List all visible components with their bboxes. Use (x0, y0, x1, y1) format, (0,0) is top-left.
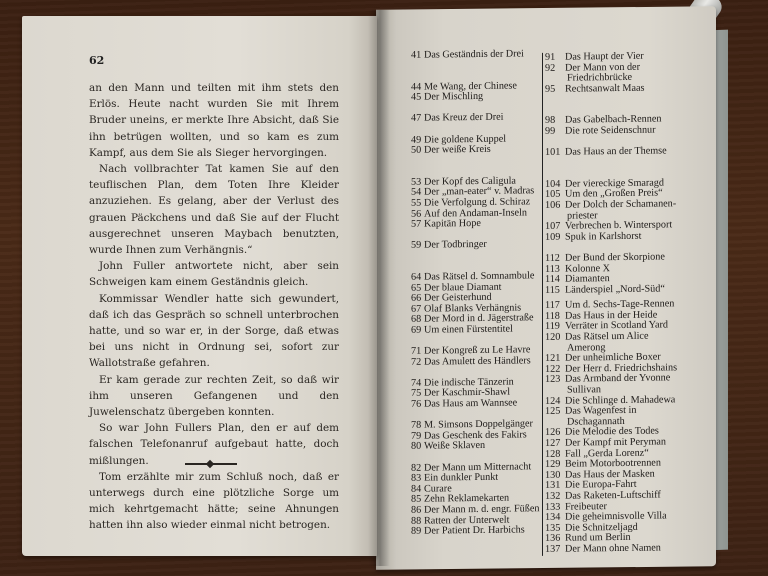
item-title: Der weiße Kreis (424, 144, 491, 156)
item-title: Der Todbringer (424, 239, 487, 251)
item-number: 137 (545, 545, 565, 556)
paragraph: Nach vollbrachter Tat kamen Sie auf den … (89, 161, 339, 258)
list-item: 72 Das Amulett des Händlers (411, 356, 541, 368)
item-number: 92 (545, 63, 565, 74)
list-item: 89 Der Patient Dr. Harbichs (411, 525, 541, 537)
item-title: Das Haus am Wannsee (424, 398, 517, 410)
item-title: Das Haus an der Themse (565, 146, 667, 158)
item-number: 106 (545, 201, 565, 212)
item-number: 76 (411, 400, 424, 411)
paragraph: Kommissar Wendler hatte sich gewundert, … (89, 291, 339, 372)
paragraph: John Fuller antwortete nicht, aber sein … (89, 258, 339, 290)
item-title: Das Armband der Yvonne (565, 373, 670, 385)
item-title: Spuk in Karlshorst (565, 230, 641, 242)
paragraph: So war John Fullers Plan, den er auf dem… (89, 420, 339, 469)
item-number: 64 (411, 273, 424, 284)
item-title: Der Bund der Skorpione (565, 251, 665, 263)
item-title: Ein dunkler Punkt (424, 472, 498, 484)
item-title: Kapitän Hope (424, 218, 481, 230)
title-list-column-a: 41 Das Geständnis der Drei44 Me Wang, de… (411, 49, 541, 537)
item-number: 101 (545, 148, 565, 159)
end-ornament (185, 463, 237, 465)
item-title: Der Patient Dr. Harbichs (424, 525, 525, 537)
item-number: 80 (411, 442, 424, 453)
item-title: Der Dolch der Schamanen- (565, 198, 676, 210)
item-number: 120 (545, 333, 565, 344)
title-list-column-b: 91 Das Haupt der Vier92 Der Mann von der… (542, 51, 695, 555)
item-number: 59 (411, 241, 424, 252)
item-title: Länderspiel „Nord-Süd“ (565, 283, 665, 295)
item-title: Das Raketen-Luftschiff (565, 489, 661, 501)
page-number: 62 (89, 54, 104, 67)
item-number: 89 (411, 527, 424, 538)
paragraph: an den Mann und teilten mit ihm stets de… (89, 80, 339, 161)
item-number: 109 (545, 232, 565, 243)
item-title: Das Kreuz der Drei (424, 112, 503, 124)
item-title: Der Mann ohne Namen (565, 542, 661, 554)
item-title: Das Rätsel um Alice (565, 331, 648, 343)
body-text: an den Mann und teilten mit ihm stets de… (89, 80, 339, 534)
item-number: 125 (545, 407, 565, 418)
item-title: Das Geständnis der Drei (424, 48, 524, 60)
list-item: 41 Das Geständnis der Drei (411, 49, 541, 61)
item-number: 50 (411, 146, 424, 157)
item-title: Der Mischling (424, 91, 483, 103)
paragraph: Tom erzählte mir zum Schluß noch, daß er… (89, 469, 339, 534)
item-number: 69 (411, 326, 424, 337)
item-title: Curare (424, 483, 452, 494)
item-title: Weiße Sklaven (424, 440, 485, 452)
item-title: Die rote Seidenschnur (565, 125, 656, 137)
item-number: 57 (411, 220, 424, 231)
item-number: 72 (411, 357, 424, 368)
item-number: 123 (545, 375, 565, 386)
item-number: 41 (411, 51, 424, 62)
item-number: 47 (411, 114, 424, 125)
item-number: 115 (545, 285, 565, 296)
item-title: Das Amulett des Händlers (424, 355, 531, 367)
item-title: Um einen Fürstentitel (424, 323, 513, 335)
list-item: 137 Der Mann ohne Namen (545, 543, 695, 555)
book-gutter (368, 10, 390, 566)
item-number: 45 (411, 93, 424, 104)
paragraph: Er kam gerade zur rechten Zeit, so daß w… (89, 372, 339, 421)
item-number: 95 (545, 84, 565, 95)
item-number: 99 (545, 127, 565, 138)
item-title: Rechtsanwalt Maas (565, 82, 645, 94)
